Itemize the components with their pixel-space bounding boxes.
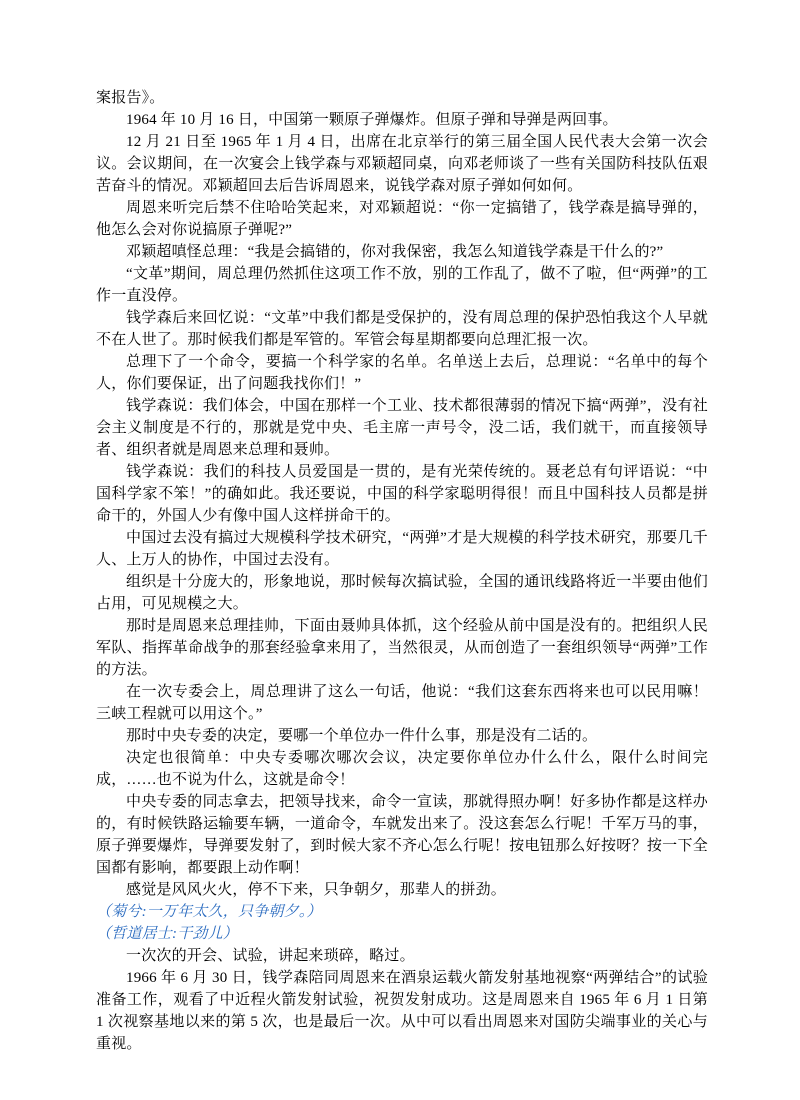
body-paragraph: 钱学森说：我们的科技人员爱国是一贯的，是有光荣传统的。聂老总有句评语说：“中国科… (96, 461, 708, 527)
body-paragraph: 一次次的开会、试验，讲起来琐碎，略过。 (96, 945, 708, 967)
body-paragraph: 感觉是风风火火，停不下来，只争朝夕，那辈人的拼劲。 (96, 879, 708, 901)
body-paragraph: 中国过去没有搞过大规模科学技术研究，“两弹”才是大规模的科学技术研究，那要几千人… (96, 527, 708, 571)
body-paragraph: “文革”期间，周总理仍然抓住这项工作不放，别的工作乱了，做不了啦，但“两弹”的工… (96, 263, 708, 307)
body-paragraph: 12 月 21 日至 1965 年 1 月 4 日，出席在北京举行的第三届全国人… (96, 131, 708, 197)
body-paragraph: 周恩来听完后禁不住哈哈笑起来，对邓颖超说：“你一定搞错了，钱学森是搞导弹的，他怎… (96, 197, 708, 241)
document-text-block: 案报告》。1964 年 10 月 16 日，中国第一颗原子弹爆炸。但原子弹和导弹… (96, 87, 708, 1055)
body-paragraph: 总理下了一个命令，要搞一个科学家的名单。名单送上去后，总理说：“名单中的每个人，… (96, 351, 708, 395)
body-paragraph: 那时中央专委的决定，要哪一个单位办一件什么事，那是没有二话的。 (96, 725, 708, 747)
body-paragraph: 决定也很简单：中央专委哪次哪次会议，决定要你单位办什么什么，限什么时间完成，……… (96, 747, 708, 791)
body-paragraph: 邓颖超嗔怪总理：“我是会搞错的，你对我保密，我怎么知道钱学森是干什么的?” (96, 241, 708, 263)
body-paragraph: 案报告》。 (96, 87, 708, 109)
body-paragraph: 那时是周恩来总理挂帅，下面由聂帅具体抓，这个经验从前中国是没有的。把组织人民军队… (96, 615, 708, 681)
body-paragraph: 钱学森后来回忆说：“文革”中我们都是受保护的，没有周总理的保护恐怕我这个人早就不… (96, 307, 708, 351)
annotation-comment: （哲道居士:干劲儿） (96, 923, 708, 945)
annotation-comment: （菊兮:一万年太久，只争朝夕。） (96, 901, 708, 923)
body-paragraph: 1964 年 10 月 16 日，中国第一颗原子弹爆炸。但原子弹和导弹是两回事。 (96, 109, 708, 131)
body-paragraph: 钱学森说：我们体会，中国在那样一个工业、技术都很薄弱的情况下搞“两弹”，没有社会… (96, 395, 708, 461)
body-paragraph: 1966 年 6 月 30 日，钱学森陪同周恩来在酒泉运载火箭发射基地视察“两弹… (96, 967, 708, 1055)
body-paragraph: 在一次专委会上，周总理讲了这么一句话，他说：“我们这套东西将来也可以民用嘛！三峡… (96, 681, 708, 725)
document-page: 案报告》。1964 年 10 月 16 日，中国第一颗原子弹爆炸。但原子弹和导弹… (0, 0, 800, 1100)
body-paragraph: 组织是十分庞大的，形象地说，那时候每次搞试验，全国的通讯线路将近一半要由他们占用… (96, 571, 708, 615)
body-paragraph: 中央专委的同志拿去，把领导找来，命令一宣读，那就得照办啊！好多协作都是这样办的，… (96, 791, 708, 879)
